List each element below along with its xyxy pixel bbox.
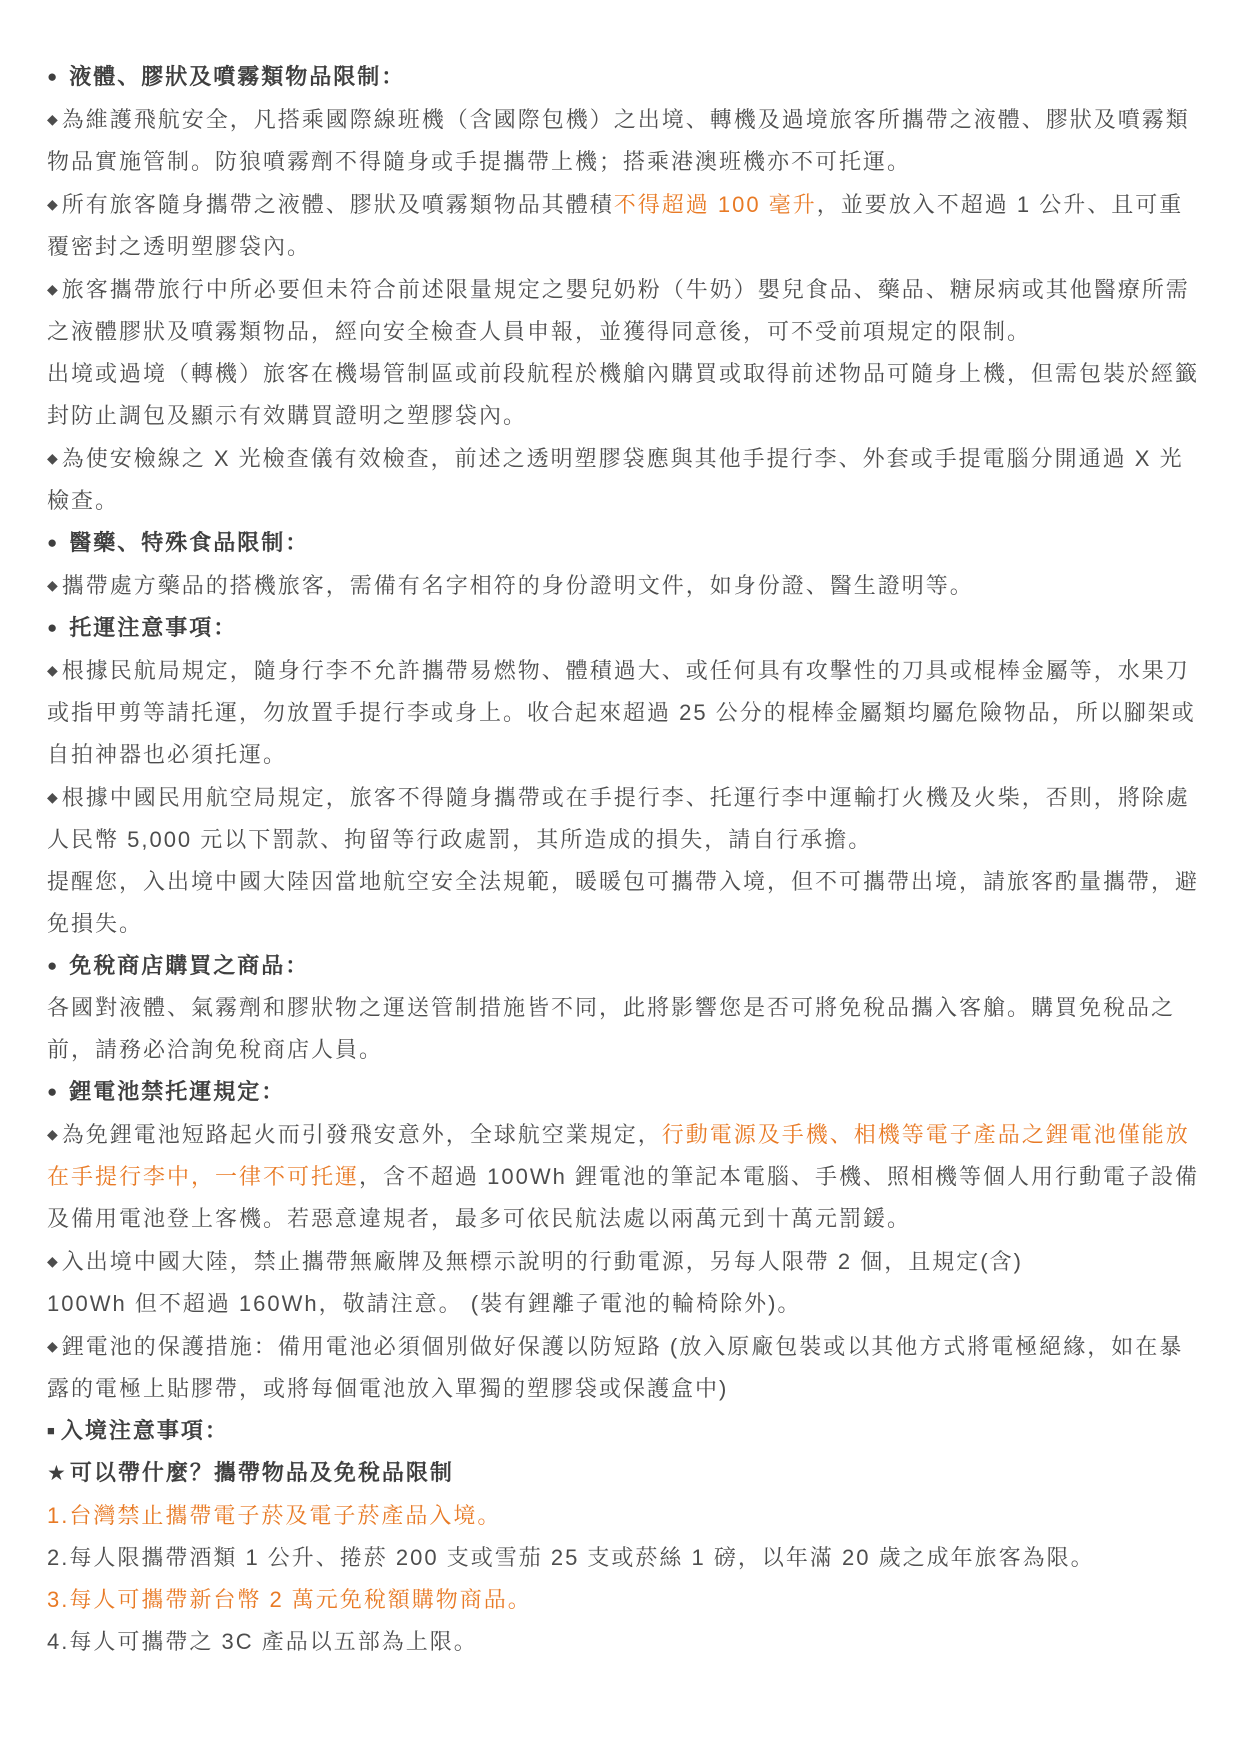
para-100ml-limit: ◆所有旅客隨身攜帶之液體、膠狀及噴霧類物品其體積不得超過 100 毫升，並要放入… [47,183,1203,268]
text-run: 根據民航局規定，隨身行李不允許攜帶易燃物、體積過大、或任何具有攻擊性的刀具或棍棒… [47,658,1196,767]
para-liquid-control: ◆為維護飛航安全，凡搭乘國際線班機（含國際包機）之出境、轉機及過境旅客所攜帶之液… [47,98,1203,183]
diamond-bullet-icon: ◆ [47,1113,60,1155]
text-run: 可以帶什麼？攜帶物品及免稅品限制 [70,1460,454,1485]
heading-duty-free-purchases: ●免稅商店購買之商品： [47,945,1203,987]
text-run: 為免鋰電池短路起火而引發飛安意外，全球航空業規定， [62,1122,662,1147]
item-4-3c-product-limit: 4.每人可攜帶之 3C 產品以五部為上限。 [47,1621,1203,1663]
para-china-lighters-matches: ◆根據中國民用航空局規定，旅客不得隨身攜帶或在手提行李、托運行李中運輸打火機及火… [47,776,1203,861]
diamond-bullet-icon: ◆ [47,776,60,818]
text-run: 100Wh 但不超過 160Wh，敬請注意。 (裝有鋰離子電池的輪椅除外)。 [47,1291,801,1316]
heading-liquid-gel-aerosol-restrictions: ●液體、膠狀及噴霧類物品限制： [47,56,1203,98]
text-run: 為維護飛航安全，凡搭乘國際線班機（含國際包機）之出境、轉機及過境旅客所攜帶之液體… [47,107,1190,174]
text-run: 根據中國民用航空局規定，旅客不得隨身攜帶或在手提行李、托運行李中運輸打火機及火柴… [47,785,1190,852]
heading-what-can-you-bring: ★可以帶什麼？攜帶物品及免稅品限制 [47,1452,1203,1495]
circle-bullet-icon: ● [47,56,59,98]
text-run: 入境注意事項： [61,1418,229,1443]
text-run: 提醒您，入出境中國大陸因當地航空安全法規範，暖暖包可攜帶入境，但不可攜帶出境，請… [47,869,1199,936]
para-sealed-purchase-bag: 出境或過境（轉機）旅客在機場管制區或前段航程於機艙內購買或取得前述物品可隨身上機… [47,353,1203,437]
text-run: 托運注意事項： [69,615,237,640]
text-run: 3.每人可攜帶新台幣 2 萬元免稅額購物商品。 [47,1587,532,1612]
para-100wh-160wh: 100Wh 但不超過 160Wh，敬請注意。 (裝有鋰離子電池的輪椅除外)。 [47,1283,1203,1325]
circle-bullet-icon: ● [47,522,59,564]
text-run: 所有旅客隨身攜帶之液體、膠狀及噴霧類物品其體積 [62,192,614,217]
heading-lithium-battery-rules: ●鋰電池禁托運規定： [47,1071,1203,1113]
para-baby-food-medicine-exemption: ◆旅客攜帶旅行中所必要但未符合前述限量規定之嬰兒奶粉（牛奶）嬰兒食品、藥品、糖尿… [47,268,1203,353]
document-body: ●液體、膠狀及噴霧類物品限制：◆為維護飛航安全，凡搭乘國際線班機（含國際包機）之… [0,0,1241,1663]
text-run: 旅客攜帶旅行中所必要但未符合前述限量規定之嬰兒奶粉（牛奶）嬰兒食品、藥品、糖尿病… [47,277,1190,344]
circle-bullet-icon: ● [47,1071,59,1113]
text-run: 攜帶處方藥品的搭機旅客，需備有名字相符的身份證明文件，如身份證、醫生證明等。 [62,573,974,598]
diamond-bullet-icon: ◆ [47,437,60,479]
text-run: 4.每人可攜帶之 3C 產品以五部為上限。 [47,1629,478,1654]
para-xray-separate-check: ◆為使安檢線之 X 光檢查儀有效檢查，前述之透明塑膠袋應與其他手提行李、外套或手… [47,437,1203,522]
text-run: 2.每人限攜帶酒類 1 公升、捲菸 200 支或雪茄 25 支或菸絲 1 磅，以… [47,1545,1095,1570]
circle-bullet-icon: ● [47,607,59,649]
diamond-bullet-icon: ◆ [47,1240,60,1282]
para-china-power-bank: ◆入出境中國大陸，禁止攜帶無廠牌及無標示說明的行動電源，另每人限帶 2 個，且規… [47,1240,1203,1283]
item-2-alcohol-tobacco-limits: 2.每人限攜帶酒類 1 公升、捲菸 200 支或雪茄 25 支或菸絲 1 磅，以… [47,1537,1203,1579]
para-battery-protection: ◆鋰電池的保護措施：備用電池必須個別做好保護以防短路 (放入原廠包裝或以其他方式… [47,1325,1203,1410]
text-run: 為使安檢線之 X 光檢查儀有效檢查，前述之透明塑膠袋應與其他手提行李、外套或手提… [47,446,1184,513]
text-run: 出境或過境（轉機）旅客在機場管制區或前段航程於機艙內購買或取得前述物品可隨身上機… [47,361,1199,428]
square-bullet-icon: ■ [47,1410,57,1452]
para-caa-dangerous-items: ◆根據民航局規定，隨身行李不允許攜帶易燃物、體積過大、或任何具有攻擊性的刀具或棍… [47,649,1203,776]
text-run: 各國對液體、氣霧劑和膠狀物之運送管制措施皆不同，此將影響您是否可將免稅品攜入客艙… [47,995,1175,1062]
item-3-ntd-20000-duty-free: 3.每人可攜帶新台幣 2 萬元免稅額購物商品。 [47,1579,1203,1621]
para-duty-free-rules: 各國對液體、氣霧劑和膠狀物之運送管制措施皆不同，此將影響您是否可將免稅品攜入客艙… [47,987,1203,1071]
heading-arrival-notes: ■入境注意事項： [47,1410,1203,1452]
diamond-bullet-icon: ◆ [47,649,60,691]
text-run: 鋰電池禁托運規定： [69,1079,285,1104]
diamond-bullet-icon: ◆ [47,268,60,310]
heading-medicine-special-food: ●醫藥、特殊食品限制： [47,522,1203,564]
text-run: 入出境中國大陸，禁止攜帶無廠牌及無標示說明的行動電源，另每人限帶 2 個，且規定… [62,1249,1023,1274]
diamond-bullet-icon: ◆ [47,98,60,140]
text-run: 免稅商店購買之商品： [69,953,309,978]
circle-bullet-icon: ● [47,945,59,987]
para-lithium-carryon-only: ◆為免鋰電池短路起火而引發飛安意外，全球航空業規定，行動電源及手機、相機等電子產… [47,1113,1203,1240]
text-run: 鋰電池的保護措施：備用電池必須個別做好保護以防短路 (放入原廠包裝或以其他方式將… [47,1334,1183,1401]
text-run: 1.台灣禁止攜帶電子菸及電子菸產品入境。 [47,1503,501,1528]
heading-checked-baggage-notes: ●托運注意事項： [47,607,1203,649]
text-run: 醫藥、特殊食品限制： [69,530,309,555]
star-bullet-icon: ★ [47,1453,68,1495]
diamond-bullet-icon: ◆ [47,564,60,606]
text-run: 不得超過 100 毫升 [614,192,817,217]
diamond-bullet-icon: ◆ [47,183,60,225]
para-warmer-packs: 提醒您，入出境中國大陸因當地航空安全法規範，暖暖包可攜帶入境，但不可攜帶出境，請… [47,861,1203,945]
diamond-bullet-icon: ◆ [47,1325,60,1367]
text-run: 液體、膠狀及噴霧類物品限制： [69,64,405,89]
para-prescription-id: ◆攜帶處方藥品的搭機旅客，需備有名字相符的身份證明文件，如身份證、醫生證明等。 [47,564,1203,607]
item-1-ecigarette-ban: 1.台灣禁止攜帶電子菸及電子菸產品入境。 [47,1495,1203,1537]
